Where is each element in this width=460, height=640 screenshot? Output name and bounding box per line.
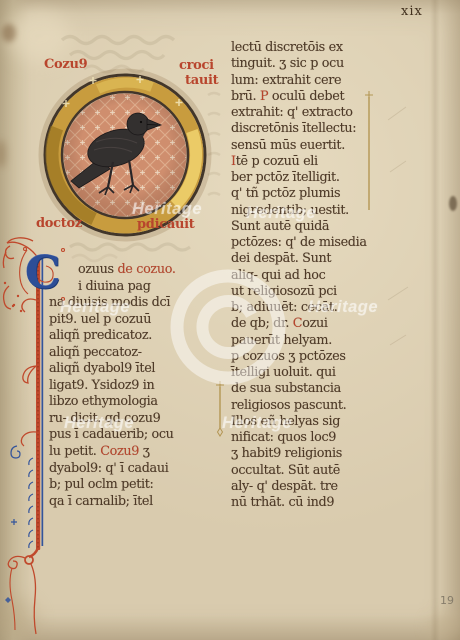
text-segment: b; pul oclm petit:: [49, 477, 154, 492]
text-line: aliq- qui ad hoc: [231, 268, 391, 284]
text-segment: Sunt autē quidā: [231, 219, 329, 234]
text-segment: nū trhāt. cū ind9: [231, 495, 334, 510]
folio-number: xix: [401, 4, 423, 19]
text-line: dyabol9: q' ī cadaui: [49, 461, 221, 478]
text-line: ītelligi uoluit. qui: [231, 365, 391, 381]
text-segment: brū.: [231, 89, 260, 104]
text-line: nigredentib; uestit.: [231, 203, 391, 219]
text-line: ut religiosozū pci: [231, 284, 391, 300]
text-segment: ītelligi uoluit. qui: [231, 365, 336, 380]
text-line: brū. P oculū debet: [231, 89, 391, 105]
text-segment: de sua substancia: [231, 381, 341, 396]
text-segment: religiosos pascunt.: [231, 398, 346, 413]
text-segment: ligat9. Ysidoz9 in: [49, 378, 154, 393]
text-segment: C: [293, 316, 302, 331]
text-segment: discretōnis ītellectu:: [231, 121, 356, 136]
manuscript-page: xix Cozu9 croci tauit doctoz pdicauit C …: [0, 0, 460, 640]
text-line: nū trhāt. cū ind9: [231, 495, 391, 511]
text-segment: pauerūt helyam.: [231, 333, 332, 348]
text-segment: aliqñ peccatoz-: [49, 345, 142, 360]
text-line: lu petit. Cozu9 ʒ: [49, 444, 221, 461]
text-segment: P: [260, 89, 268, 104]
text-line: qa ī carnalib; ītel: [49, 494, 221, 511]
text-line: occultat. Sūt autē: [231, 463, 391, 479]
text-line: religiosos pascunt.: [231, 398, 391, 414]
text-segment: ber pctōz ītelligit.: [231, 170, 340, 185]
text-line: b; pul oclm petit:: [49, 477, 221, 494]
text-segment: ʒ habit9 religionis: [231, 446, 342, 461]
text-segment: ozuus: [78, 262, 117, 277]
text-line: aliqñ peccatoz-: [49, 345, 221, 362]
text-segment: occultat. Sūt autē: [231, 463, 340, 478]
text-segment: na diuisis modis dcī: [49, 295, 170, 310]
text-segment: nificat: quos loc9: [231, 430, 336, 445]
text-line: extrahit: q' extracto: [231, 105, 391, 121]
text-segment: lu petit.: [49, 444, 100, 459]
text-segment: lectū discretōis ex: [231, 40, 343, 55]
text-line: dei despāt. Sunt: [231, 251, 391, 267]
pencil-folio-number: 19: [440, 594, 454, 607]
text-line: ligat9. Ysidoz9 in: [49, 378, 221, 395]
text-segment: tinguit. ʒ sic p ocu: [231, 56, 344, 71]
text-line: lectū discretōis ex: [231, 40, 391, 56]
text-segment: de cozuo.: [117, 262, 175, 277]
roundel-inscription-top-right-2: tauit: [185, 73, 218, 88]
text-line: na diuisis modis dcī: [49, 295, 221, 312]
text-line: b; adiuuēt: cecāt.: [231, 300, 391, 316]
text-segment: b; adiuuēt: cecāt.: [231, 300, 338, 315]
text-line: ozuus de cozuo.: [49, 262, 221, 279]
text-line: aly- q' despāt. tre: [231, 479, 391, 495]
roundel-inscription-top-left: Cozu9: [44, 57, 87, 72]
text-line: lum: extrahit cere: [231, 73, 391, 89]
left-text-column: ozuus de cozuo.i diuina pagna diuisis mo…: [49, 262, 221, 510]
text-segment: aliq- qui ad hoc: [231, 268, 325, 283]
text-segment: nigredentib; uestit.: [231, 203, 349, 218]
text-line: aliqñ predicatoz.: [49, 328, 221, 345]
text-segment: extrahit: q' extracto: [231, 105, 353, 120]
text-segment: sensū mūs euertit.: [231, 138, 345, 153]
text-line: de sua substancia: [231, 381, 391, 397]
text-line: i diuina pag: [49, 279, 221, 296]
text-line: Itē p cozuū eli: [231, 154, 391, 170]
text-line: discretōnis ītellectu:: [231, 121, 391, 137]
text-segment: pctōzes: q' de misedia: [231, 235, 367, 250]
text-segment: lum: extrahit cere: [231, 73, 341, 88]
text-line: libzo ethymologia: [49, 394, 221, 411]
text-segment: tē p cozuū eli: [236, 154, 318, 169]
roundel-inscription-top-right-1: croci: [179, 58, 214, 73]
text-segment: aliqñ dyabol9 ītel: [49, 361, 155, 376]
text-segment: ʒ: [139, 444, 150, 459]
text-line: ber pctōz ītelligit.: [231, 170, 391, 186]
text-segment: dei despāt. Sunt: [231, 251, 331, 266]
text-line: aliqñ dyabol9 ītel: [49, 361, 221, 378]
text-line: p cozuos ʒ pctōzes: [231, 349, 391, 365]
right-text-column: lectū discretōis extinguit. ʒ sic p ocul…: [231, 40, 391, 511]
text-segment: q' tñ pctōz plumis: [231, 186, 340, 201]
text-segment: pit9. uel p cozuū: [49, 312, 151, 327]
text-segment: oculū debet: [268, 89, 344, 104]
text-segment: i diuina pag: [78, 279, 151, 294]
text-line: ʒ habit9 religionis: [231, 446, 391, 462]
crow-roundel: [41, 71, 209, 239]
text-segment: dyabol9: q' ī cadaui: [49, 461, 168, 476]
text-line: tinguit. ʒ sic p ocu: [231, 56, 391, 72]
text-line: de qb; dr. Cozui: [231, 316, 391, 332]
text-segment: qa ī carnalib; ītel: [49, 494, 153, 509]
text-segment: aliqñ predicatoz.: [49, 328, 152, 343]
text-segment: ut religiosozū pci: [231, 284, 337, 299]
text-segment: p cozuos ʒ pctōzes: [231, 349, 346, 364]
text-line: nificat: quos loc9: [231, 430, 391, 446]
text-line: pauerūt helyam.: [231, 333, 391, 349]
text-segment: pus ī cadauerib; ocu: [49, 427, 174, 442]
text-line: q' tñ pctōz plumis: [231, 186, 391, 202]
text-line: sensū mūs euertit.: [231, 138, 391, 154]
text-line: Illos eñ helyas sig: [231, 414, 391, 430]
text-line: pit9. uel p cozuū: [49, 312, 221, 329]
text-segment: libzo ethymologia: [49, 394, 158, 409]
text-segment: aly- q' despāt. tre: [231, 479, 338, 494]
text-segment: ozui: [302, 316, 327, 331]
text-line: pctōzes: q' de misedia: [231, 235, 391, 251]
text-line: pus ī cadauerib; ocu: [49, 427, 221, 444]
roundel-inscription-bottom-left: doctoz: [36, 216, 82, 231]
text-segment: ru- dicit. qd cozu9: [49, 411, 160, 426]
text-segment: Cozu9: [100, 444, 139, 459]
text-segment: Illos eñ helyas sig: [231, 414, 340, 429]
text-line: Sunt autē quidā: [231, 219, 391, 235]
text-segment: de qb; dr.: [231, 316, 293, 331]
roundel-inscription-bottom-right: pdicauit: [137, 217, 194, 232]
text-line: ru- dicit. qd cozu9: [49, 411, 221, 428]
